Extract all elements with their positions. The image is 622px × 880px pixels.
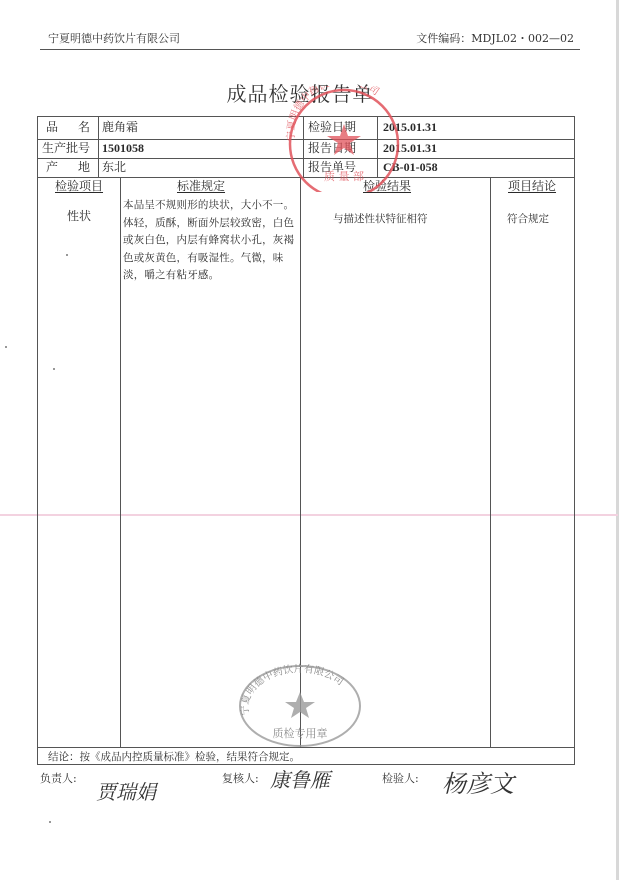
header-rule xyxy=(40,49,580,50)
scan-speck xyxy=(49,821,51,823)
company-name: 宁夏明德中药饮片有限公司 xyxy=(48,30,180,46)
file-code-label: 文件编码： xyxy=(416,32,471,45)
col-divider xyxy=(120,177,121,747)
responsible-signature: 贾瑞娟 xyxy=(96,776,156,805)
file-code-value: MDJL02・002—02 xyxy=(471,32,574,45)
reviewer-label: 复核人: xyxy=(222,770,259,786)
file-code: 文件编码：MDJL02・002—02 xyxy=(416,30,574,46)
col-divider xyxy=(490,177,491,747)
svg-text:宁夏明德中药饮片有限公司: 宁夏明德中药饮片有限公司 xyxy=(238,662,346,716)
page-edge xyxy=(616,0,619,880)
col-header-item: 检验项目 xyxy=(55,177,103,195)
svg-text:质检专用章: 质检专用章 xyxy=(273,726,328,740)
final-conclusion: 结论：按《成品内控质量标准》检验，结果符合规定。 xyxy=(48,748,300,766)
scan-speck xyxy=(5,346,7,348)
row-item: 性状 xyxy=(67,207,91,225)
responsible-label: 负责人: xyxy=(40,770,77,786)
inspector-label: 检验人: xyxy=(382,770,419,786)
quality-dept-stamp: 宁夏明德中药饮片有限公司 质 量 部 xyxy=(282,86,406,192)
scan-speck xyxy=(53,368,55,370)
batch-value: 1501058 xyxy=(102,139,144,157)
row-result: 与描述性状特征相符 xyxy=(333,210,428,228)
row-standard: 本品呈不规则形的块状，大小不一。体轻，质酥，断面外层较致密，白色或灰白色，内层有… xyxy=(123,197,301,285)
origin-label: 产地 xyxy=(46,158,90,176)
col-header-standard: 标准规定 xyxy=(177,177,225,195)
batch-label: 生产批号 xyxy=(42,139,90,157)
scan-speck xyxy=(66,254,68,256)
col-header-conclusion: 项目结论 xyxy=(508,177,556,195)
svg-text:质 量 部: 质 量 部 xyxy=(324,169,364,183)
col-divider xyxy=(98,116,99,177)
reviewer-signature: 康鲁雁 xyxy=(270,764,330,793)
product-name-label: 品名 xyxy=(46,118,90,136)
origin-value: 东北 xyxy=(102,158,126,176)
qc-seal-stamp: 宁夏明德中药饮片有限公司 质检专用章 xyxy=(236,662,364,748)
row-conclusion: 符合规定 xyxy=(507,210,549,228)
inspector-signature: 杨彦文 xyxy=(442,764,514,799)
product-name-value: 鹿角霜 xyxy=(102,118,138,136)
